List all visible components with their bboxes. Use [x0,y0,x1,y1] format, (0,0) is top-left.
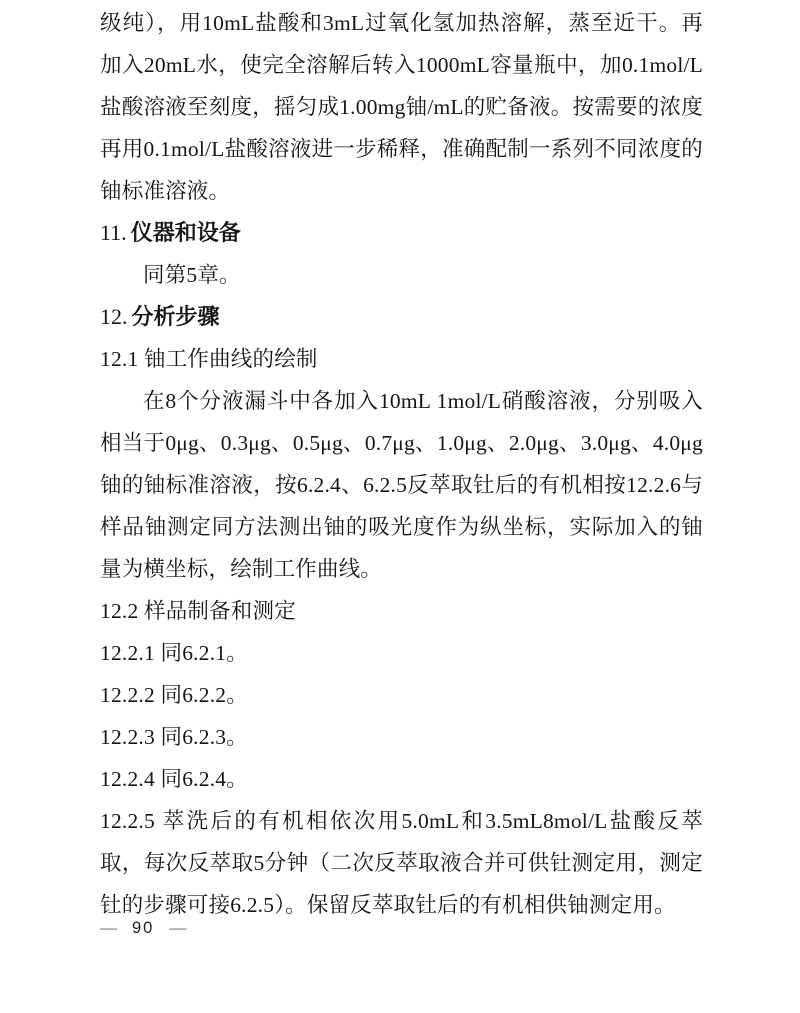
item-12-2-3: 12.2.3 同6.2.3。 [100,716,703,758]
heading-11-instruments: 11.仪器和设备 [100,212,703,254]
page-footer: — 90 — [100,916,186,940]
heading-title: 仪器和设备 [131,220,241,245]
paragraph-12-2-5-back-extraction: 12.2.5 萃洗后的有机相依次用5.0mL和3.5mL8mol/L盐酸反萃取，… [100,800,703,926]
paragraph-working-curve-procedure: 在8个分液漏斗中各加入10mL 1mol/L硝酸溶液，分别吸入相当于0μg、0.… [100,380,703,590]
page-number: 90 [132,916,154,940]
item-12-2-2: 12.2.2 同6.2.2。 [100,674,703,716]
heading-12-analysis-steps: 12.分析步骤 [100,296,703,338]
footer-dash-left: — [100,916,117,940]
heading-number: 11. [100,220,127,245]
document-body: 级纯），用10mL盐酸和3mL过氧化氢加热溶解，蒸至近干。再加入20mL水，使完… [100,2,703,926]
heading-title: 分析步骤 [132,304,220,329]
paragraph-same-as-chapter-5: 同第5章。 [100,254,703,296]
item-12-2-1: 12.2.1 同6.2.1。 [100,632,703,674]
item-12-2-4: 12.2.4 同6.2.4。 [100,758,703,800]
paragraph-continued-stock-solution: 级纯），用10mL盐酸和3mL过氧化氢加热溶解，蒸至近干。再加入20mL水，使完… [100,2,703,212]
subheading-12-1-working-curve: 12.1 铀工作曲线的绘制 [100,338,703,380]
subheading-12-2-sample-prep: 12.2 样品制备和测定 [100,590,703,632]
heading-number: 12. [100,304,128,329]
footer-dash-right: — [169,916,186,940]
document-page: 级纯），用10mL盐酸和3mL过氧化氢加热溶解，蒸至近干。再加入20mL水，使完… [0,0,800,1013]
